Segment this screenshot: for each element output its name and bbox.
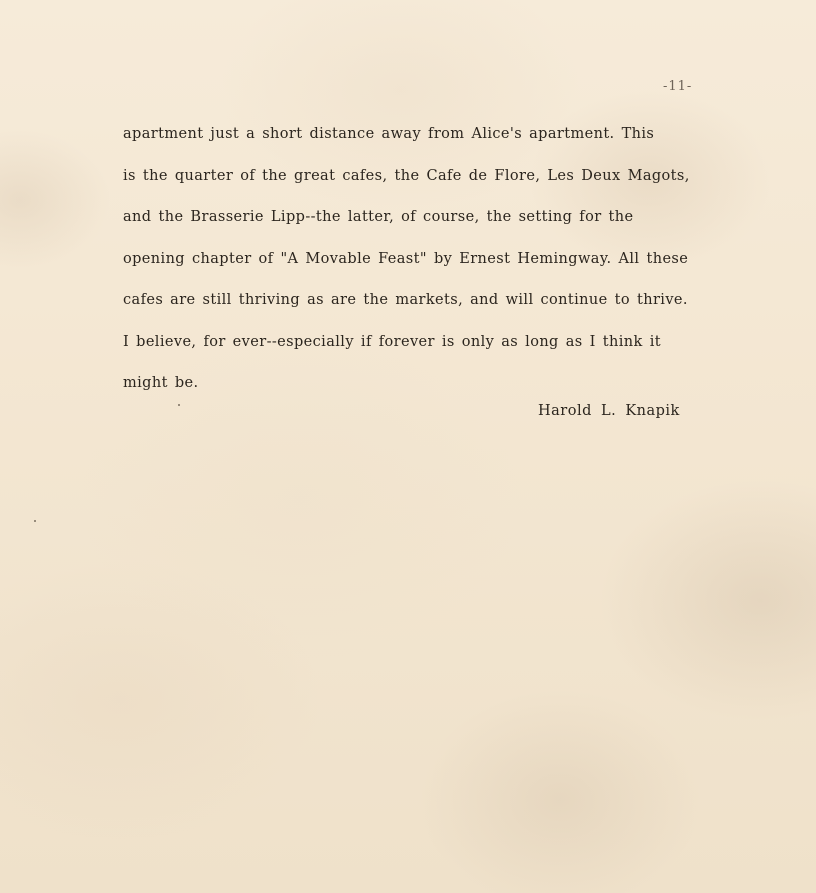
text-line: cafes are still thriving as are the mark…	[123, 290, 763, 332]
author-signature: Harold L. Knapik	[538, 403, 680, 419]
text-line: I believe, for ever--especially if forev…	[123, 332, 763, 374]
text-line: apartment just a short distance away fro…	[123, 124, 763, 166]
text-line: and the Brasserie Lipp--the latter, of c…	[123, 207, 763, 249]
body-paragraph: apartment just a short distance away fro…	[123, 124, 763, 415]
text-line: opening chapter of "A Movable Feast" by …	[123, 249, 763, 291]
paper-speck	[178, 404, 180, 406]
text-line: is the quarter of the great cafes, the C…	[123, 166, 763, 208]
page-number: -11-	[663, 79, 692, 94]
paper-speck	[34, 520, 36, 522]
